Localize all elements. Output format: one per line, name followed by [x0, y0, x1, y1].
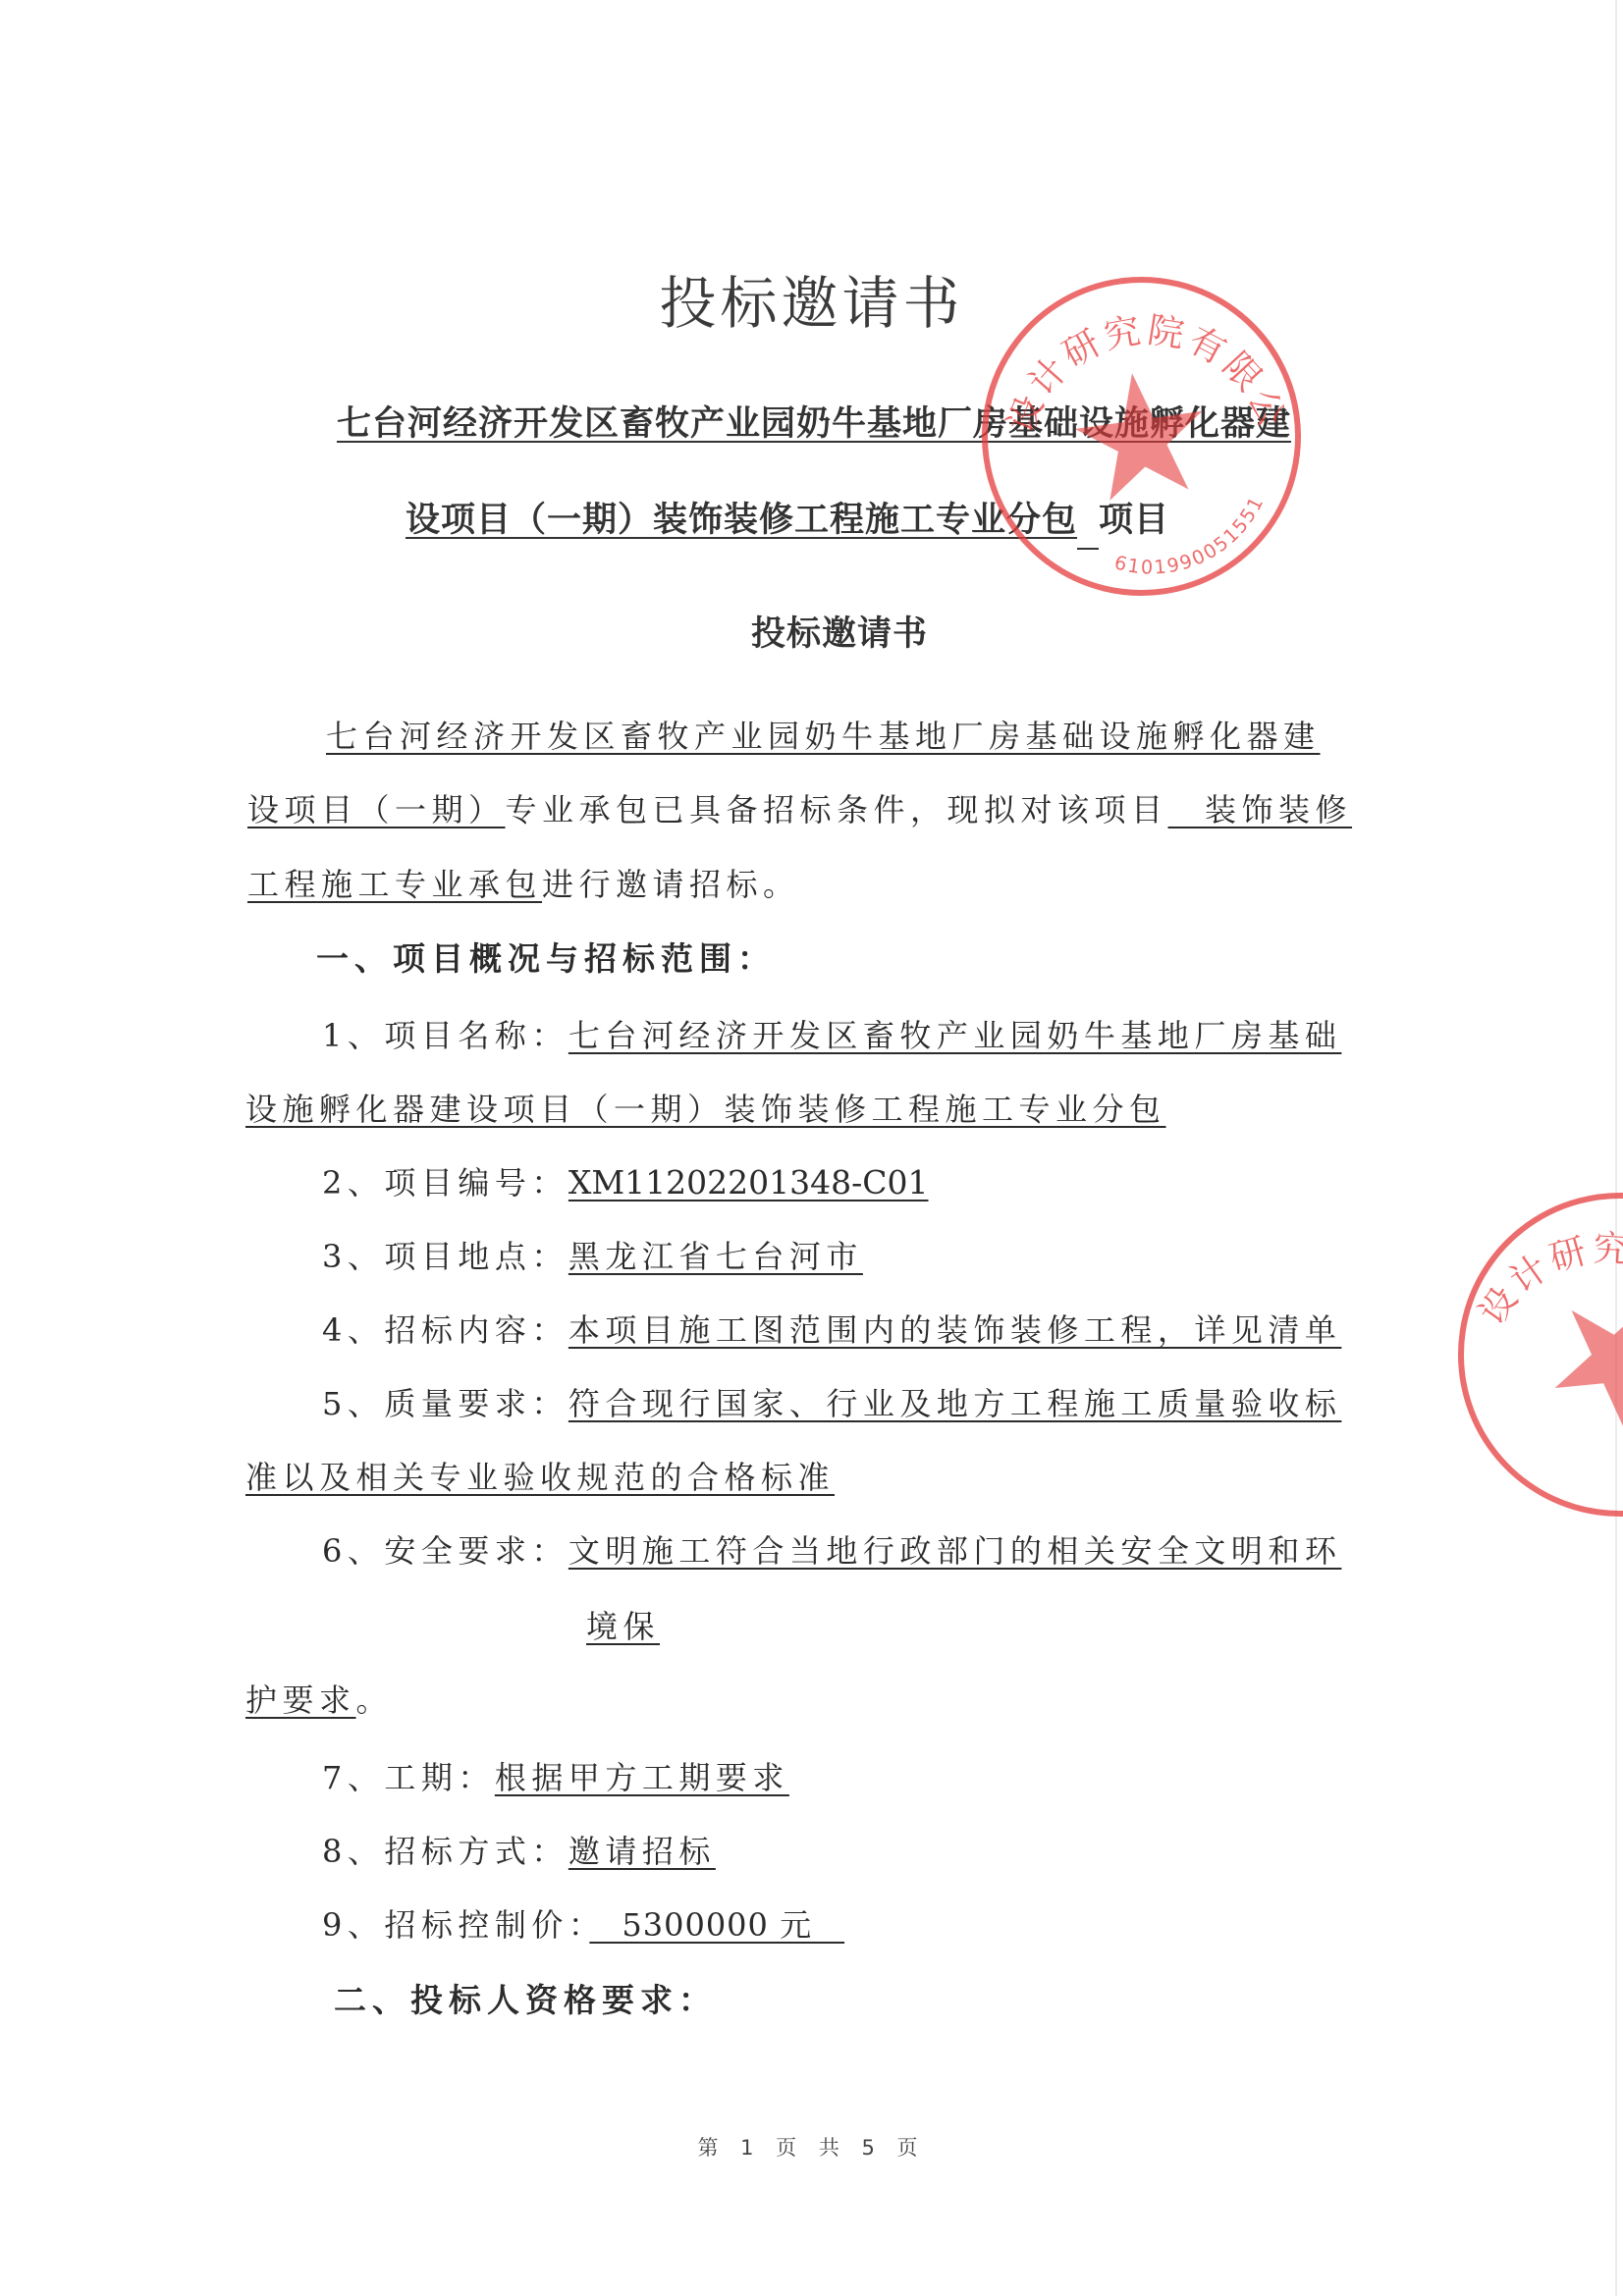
item-tender-method: 8、招标方式：邀请招标 [322, 1827, 716, 1872]
item-safety-requirement-cont: 境保 [586, 1602, 660, 1647]
item-value: XM11202201348-C01 [568, 1163, 929, 1201]
item-value-cont: 设施孵化器建设项目（一期）装饰装修工程施工专业分包 [245, 1091, 1166, 1128]
document-page: 投标邀请书 七台河经济开发区畜牧产业园奶牛基地厂房基础设施孵化器建 设项目（一期… [0, 0, 1623, 2296]
project-subtitle-line2: 设项目（一期）装饰装修工程施工专业分包项目 [406, 493, 1169, 542]
item-value: 邀请招标 [568, 1833, 716, 1870]
item-value-cont2: 护要求 [245, 1682, 356, 1719]
subtitle-line1-text: 七台河经济开发区畜牧产业园奶牛基地厂房基础设施孵化器建 [337, 404, 1291, 444]
subtitle-underline-gap [1077, 512, 1099, 550]
item-safety-requirement: 6、安全要求：文明施工符合当地行政部门的相关安全文明和环 [322, 1526, 1341, 1572]
intro-project-name: 七台河经济开发区畜牧产业园奶牛基地厂房基础设施孵化器建 [326, 718, 1321, 755]
item-project-location: 3、项目地点：黑龙江省七台河市 [322, 1232, 863, 1277]
item-construction-period: 7、工期：根据甲方工期要求 [322, 1753, 789, 1798]
intro-line2-text: 专业承包已具备招标条件，现拟对该项目 [506, 791, 1168, 828]
intro-line3-text: 进行邀请招标。 [542, 866, 800, 903]
item-project-name: 1、项目名称：七台河经济开发区畜牧产业园奶牛基地厂房基础 [322, 1011, 1341, 1056]
item-value: 符合现行国家、行业及地方工程施工质量验收标 [568, 1385, 1342, 1422]
item-label: 7、工期： [322, 1759, 495, 1796]
svg-text:设计研究院有限公: 设计研究院有限公 [1469, 1171, 1623, 1453]
company-seal-stamp-edge: 设计研究院有限公 [1399, 1134, 1623, 1576]
seal-star-icon [1534, 1269, 1623, 1440]
subtitle-line2-tail: 项目 [1099, 501, 1169, 540]
scan-edge-line [1615, 0, 1617, 2296]
item-value: 本项目施工图范围内的装饰装修工程，详见清单 [568, 1311, 1342, 1349]
item-control-price: 9、招标控制价： 5300000 元 [322, 1900, 844, 1946]
item-value-end: 。 [356, 1682, 394, 1719]
page-number: 第 1 页 共 5 页 [0, 2132, 1623, 2162]
section1-title: 一、项目概况与招标范围： [316, 934, 776, 980]
item-value: 5300000 元 [589, 1906, 844, 1944]
item-quality-requirement-cont: 准以及相关专业验收规范的合格标准 [245, 1453, 835, 1498]
section-heading: 投标邀请书 [751, 607, 928, 656]
project-subtitle-line1: 七台河经济开发区畜牧产业园奶牛基地厂房基础设施孵化器建 [337, 397, 1291, 446]
item-value-cont: 准以及相关专业验收规范的合格标准 [245, 1459, 835, 1496]
item-label: 5、质量要求： [322, 1385, 568, 1422]
intro-scope-fill: 装饰装修 [1168, 791, 1353, 828]
section2-title: 二、投标人资格要求： [334, 1975, 717, 2021]
subtitle-line2-underlined: 设项目（一期）装饰装修工程施工专业分包 [406, 501, 1077, 540]
item-project-number: 2、项目编号：XM11202201348-C01 [322, 1158, 929, 1203]
page-title: 投标邀请书 [0, 257, 1623, 340]
item-value: 文明施工符合当地行政部门的相关安全文明和环 [568, 1532, 1342, 1570]
intro-scope-name: 工程施工专业承包 [247, 866, 542, 903]
item-label: 6、安全要求： [322, 1532, 568, 1570]
intro-line1: 七台河经济开发区畜牧产业园奶牛基地厂房基础设施孵化器建 [326, 712, 1321, 757]
item-value: 七台河经济开发区畜牧产业园奶牛基地厂房基础 [568, 1017, 1342, 1054]
item-label: 9、招标控制价： [322, 1906, 589, 1944]
item-label: 4、招标内容： [322, 1311, 568, 1349]
item-label: 1、项目名称： [322, 1017, 568, 1054]
item-project-name-cont: 设施孵化器建设项目（一期）装饰装修工程施工专业分包 [245, 1085, 1186, 1130]
item-label: 8、招标方式： [322, 1833, 568, 1870]
seal-arc-text: 设计研究院有限公 [1469, 1171, 1623, 1453]
intro-line2: 设项目（一期）专业承包已具备招标条件，现拟对该项目 装饰装修 [247, 785, 1352, 830]
item-quality-requirement: 5、质量要求：符合现行国家、行业及地方工程施工质量验收标 [322, 1379, 1341, 1424]
item-value: 黑龙江省七台河市 [568, 1238, 863, 1275]
intro-project-phase: 设项目（一期） [247, 791, 506, 828]
item-tender-content: 4、招标内容：本项目施工图范围内的装饰装修工程，详见清单 [322, 1306, 1341, 1351]
item-value-cont: 境保 [586, 1608, 660, 1645]
item-label: 3、项目地点： [322, 1238, 568, 1275]
item-value: 根据甲方工期要求 [495, 1759, 789, 1796]
intro-line3: 工程施工专业承包进行邀请招标。 [247, 860, 800, 905]
seal-graphic: 设计研究院有限公 [1407, 1142, 1623, 1568]
item-label: 2、项目编号： [322, 1164, 568, 1201]
item-safety-requirement-cont2: 护要求。 [245, 1676, 393, 1721]
